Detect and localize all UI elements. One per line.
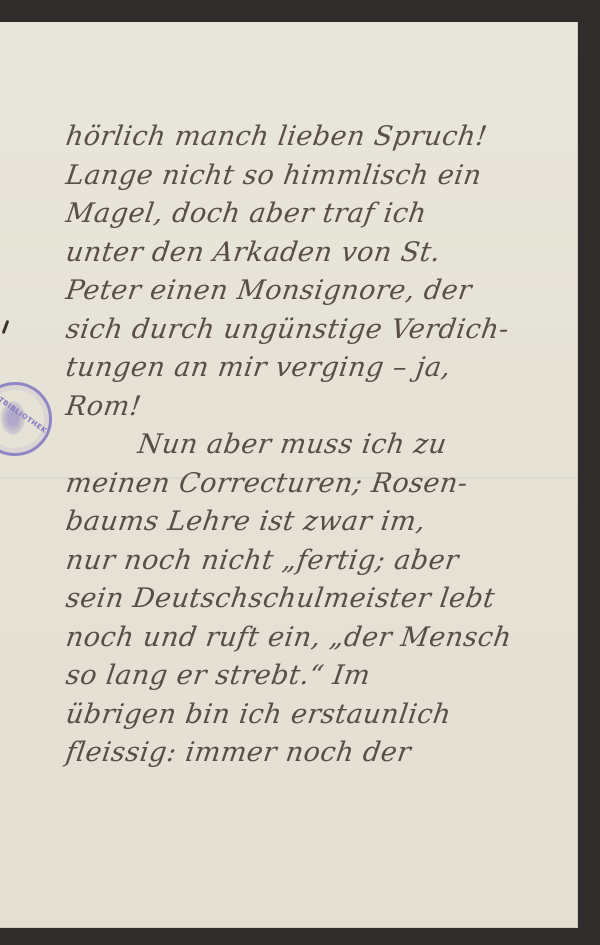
text-line: sich durch ungünstige Verdich- <box>63 311 568 350</box>
text-line: hörlich manch lieben Spruch! <box>63 118 568 157</box>
text-line: Peter einen Monsignore, der <box>63 272 568 311</box>
text-line: Rom! <box>63 388 568 427</box>
text-line: nur noch nicht „fertig; aber <box>63 542 568 581</box>
text-line: unter den Arkaden von St. <box>63 234 568 273</box>
text-line: noch und ruft ein, „der Mensch <box>63 619 568 658</box>
margin-ink-mark <box>2 320 10 334</box>
text-line: meinen Correcturen; Rosen- <box>63 465 568 504</box>
letter-page: ...STBIBLIOTHEK hörlich manch lieben Spr… <box>0 22 578 928</box>
text-line: sein Deutschschulmeister lebt <box>63 580 568 619</box>
text-line: baums Lehre ist zwar im, <box>63 503 568 542</box>
text-line: Magel, doch aber traf ich <box>63 195 568 234</box>
eagle-crest-icon <box>1 401 25 435</box>
text-line: tungen an mir verging – ja, <box>63 349 568 388</box>
text-line: Lange nicht so himmlisch ein <box>63 157 568 196</box>
library-stamp: ...STBIBLIOTHEK <box>0 382 52 456</box>
text-line: fleissig: immer noch der <box>63 734 568 773</box>
text-line: so lang er strebt.“ Im <box>63 657 568 696</box>
handwritten-text: hörlich manch lieben Spruch! Lange nicht… <box>66 118 566 773</box>
text-line: übrigen bin ich erstaunlich <box>63 696 568 735</box>
text-line-paragraph-start: Nun aber muss ich zu <box>63 426 568 465</box>
